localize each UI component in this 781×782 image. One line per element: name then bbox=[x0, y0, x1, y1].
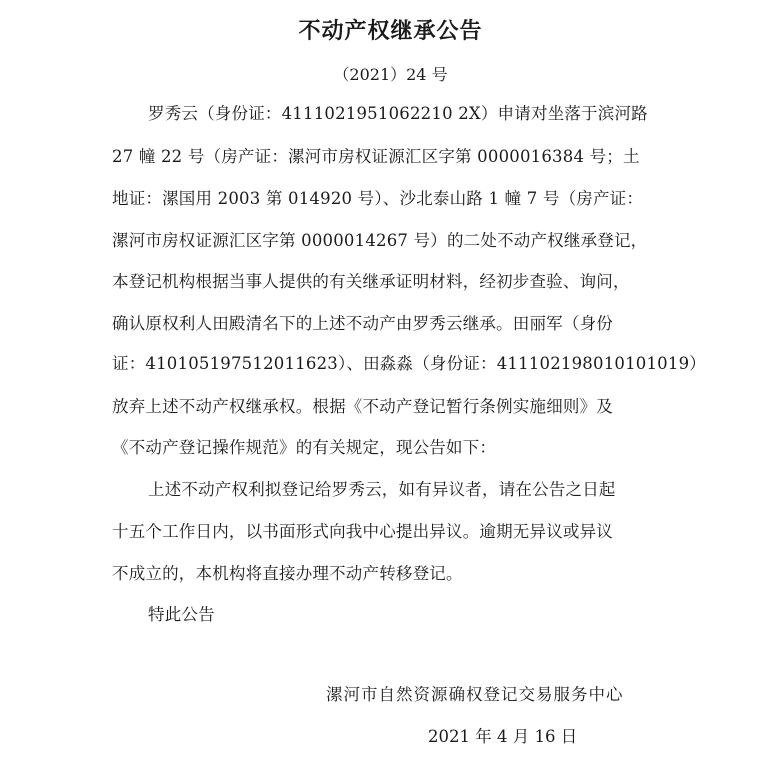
body-line-3: 地证：漯国用 2003 第 014920 号）、沙北泰山路 1 幢 7 号（房产… bbox=[112, 185, 672, 209]
body-line-2: 27 幢 22 号（房产证：漯河市房权证源汇区字第 0000016384 号；土 bbox=[112, 143, 672, 167]
announcement-document: 不动产权继承公告 （2021）24 号 罗秀云（身份证：411102195106… bbox=[0, 0, 781, 782]
closing-line: 特此公告 bbox=[148, 601, 672, 625]
body-line-11: 十五个工作日内，以书面形式向我中心提出异议。逾期无异议或异议 bbox=[112, 518, 672, 542]
body-line-1: 罗秀云（身份证：4111021951062210 2X）申请对坐落于滨河路 bbox=[148, 100, 672, 124]
issue-date: 2021 年 4 月 16 日 bbox=[428, 723, 577, 747]
document-title: 不动产权继承公告 bbox=[0, 14, 781, 45]
body-line-10: 上述不动产权利拟登记给罗秀云，如有异议者，请在公告之日起 bbox=[148, 476, 672, 500]
body-line-6: 确认原权利人田殿清名下的上述不动产由罗秀云继承。田丽军（身份 bbox=[112, 310, 672, 334]
body-line-7: 证：410105197512011623）、田淼淼（身份证：4111021980… bbox=[112, 350, 672, 374]
body-line-8: 放弃上述不动产权继承权。根据《不动产登记暂行条例实施细则》及 bbox=[112, 393, 672, 417]
body-line-12: 不成立的，本机构将直接办理不动产转移登记。 bbox=[112, 560, 672, 584]
issuing-authority: 漯河市自然资源确权登记交易服务中心 bbox=[326, 681, 624, 705]
body-line-9: 《不动产登记操作规范》的有关规定，现公告如下： bbox=[112, 434, 672, 458]
body-line-5: 本登记机构根据当事人提供的有关继承证明材料，经初步查验、询问， bbox=[112, 268, 672, 292]
body-line-4: 漯河市房权证源汇区字第 0000014267 号）的二处不动产权继承登记， bbox=[112, 227, 672, 251]
document-number: （2021）24 号 bbox=[0, 62, 781, 85]
